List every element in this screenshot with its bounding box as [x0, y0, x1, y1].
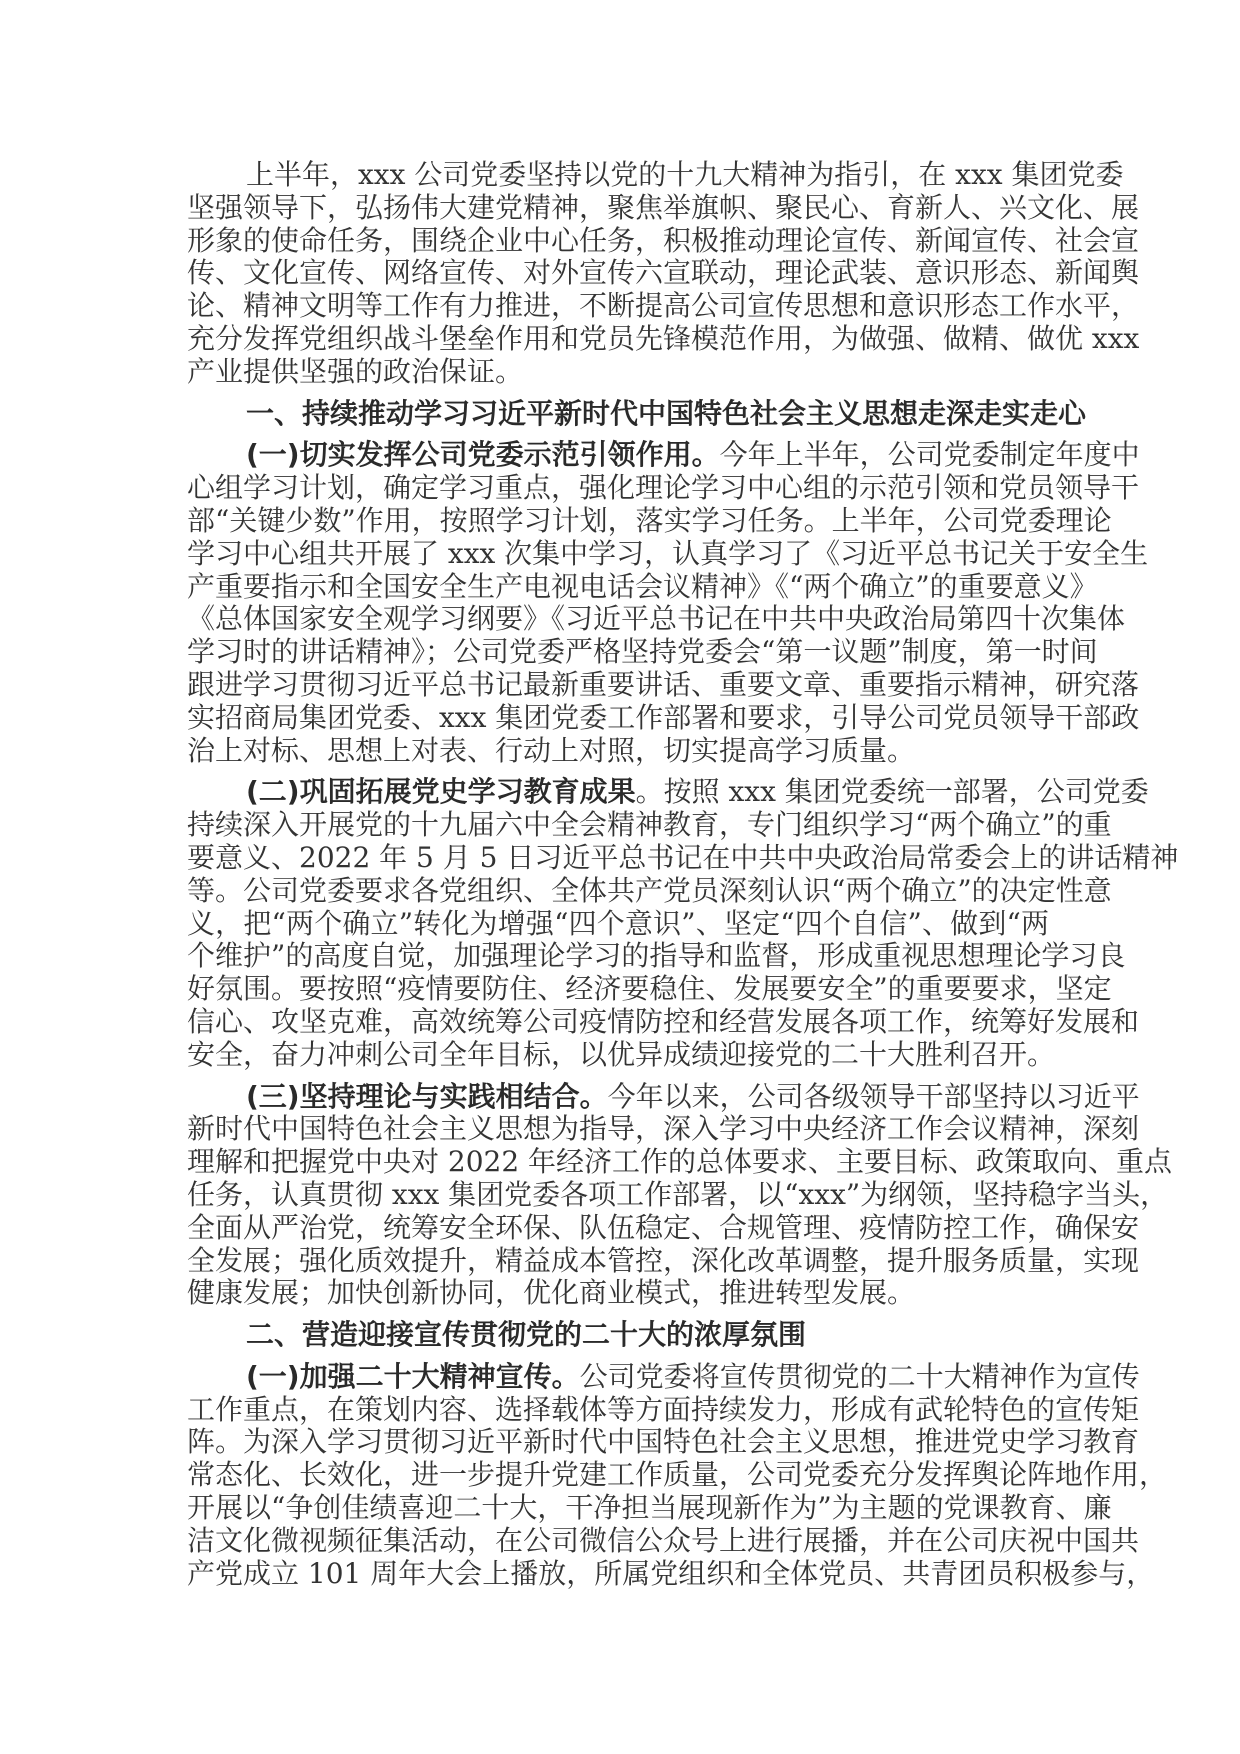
subsection-1-3: (三)坚持理论与实践相结合。今年以来，公司各级领导干部坚持以习近平 新时代中国特… — [187, 1081, 1049, 1311]
text-line: 等。公司党委要求各党组织、全体共产党员深刻认识“两个确立”的决定性意 — [187, 875, 1049, 908]
document-page: 上半年，xxx 公司党委坚持以党的十九大精神为指引，在 xxx 集团党委 坚强领… — [187, 159, 1049, 1599]
text-line: 学习时的讲话精神》；公司党委严格坚持党委会“第一议题”制度，第一时间 — [187, 636, 1049, 669]
text-line: 心组学习计划，确定学习重点，强化理论学习中心组的示范引领和党员领导干 — [187, 472, 1049, 505]
text-line: 开展以“争创佳绩喜迎二十大，干净担当展现新作为”为主题的党课教育、廉 — [187, 1492, 1049, 1525]
text-line: 充分发挥党组织战斗堡垒作用和党员先锋模范作用，为做强、做精、做优 xxx — [187, 323, 1049, 356]
text-line: 治上对标、思想上对表、行动上对照，切实提高学习质量。 — [187, 735, 1049, 768]
section-heading-1: 一、持续推动学习习近平新时代中国特色社会主义思想走深走实走心 — [187, 398, 1049, 431]
text-line: 实招商局集团党委、xxx 集团党委工作部署和要求，引导公司党员领导干部政 — [187, 702, 1049, 735]
text-line: 义，把“两个确立”转化为增强“四个意识”、坚定“四个自信”、做到“两 — [187, 908, 1049, 941]
text-line: 上半年，xxx 公司党委坚持以党的十九大精神为指引，在 xxx 集团党委 — [187, 159, 1049, 192]
text-line: 常态化、长效化，进一步提升党建工作质量，公司党委充分发挥舆论阵地作用， — [187, 1459, 1049, 1492]
text-line: 任务，认真贯彻 xxx 集团党委各项工作部署，以“xxx”为纲领，坚持稳字当头， — [187, 1179, 1049, 1212]
text-run: 。按照 xxx 集团党委统一部署，公司党委 — [636, 775, 1149, 808]
text-run: 今年以来，公司各级领导干部坚持以习近平 — [608, 1080, 1140, 1113]
text-line: (二)巩固拓展党史学习教育成果。按照 xxx 集团党委统一部署，公司党委 — [187, 776, 1049, 809]
text-line: 论、精神文明等工作有力推进，不断提高公司宣传思想和意识形态工作水平， — [187, 290, 1049, 323]
text-line: 新时代中国特色社会主义思想为指导，深入学习中央经济工作会议精神，深刻 — [187, 1113, 1049, 1146]
text-line: 《总体国家安全观学习纲要》《习近平总书记在中共中央政治局第四十次集体 — [187, 603, 1049, 636]
subsection-lead: (三)坚持理论与实践相结合。 — [246, 1080, 608, 1113]
text-line: 健康发展；加快创新协同，优化商业模式，推进转型发展。 — [187, 1277, 1049, 1310]
text-run: 今年上半年，公司党委制定年度中 — [720, 438, 1140, 471]
text-line: 安全，奋力冲刺公司全年目标，以优异成绩迎接党的二十大胜利召开。 — [187, 1039, 1049, 1072]
text-run: 公司党委将宣传贯彻党的二十大精神作为宣传 — [580, 1360, 1140, 1393]
text-line: 工作重点，在策划内容、选择载体等方面持续发力，形成有武轮特色的宣传矩 — [187, 1394, 1049, 1427]
text-line: (三)坚持理论与实践相结合。今年以来，公司各级领导干部坚持以习近平 — [187, 1081, 1049, 1114]
intro-paragraph: 上半年，xxx 公司党委坚持以党的十九大精神为指引，在 xxx 集团党委 坚强领… — [187, 159, 1049, 389]
text-line: 传、文化宣传、网络宣传、对外宣传六宣联动，理论武装、意识形态、新闻舆 — [187, 257, 1049, 290]
text-line: 持续深入开展党的十九届六中全会精神教育，专门组织学习“两个确立”的重 — [187, 809, 1049, 842]
text-line: 洁文化微视频征集活动，在公司微信公众号上进行展播，并在公司庆祝中国共 — [187, 1525, 1049, 1558]
text-line: 产重要指示和全国安全生产电视电话会议精神》《“两个确立”的重要意义》 — [187, 571, 1049, 604]
section-heading-2: 二、营造迎接宣传贯彻党的二十大的浓厚氛围 — [187, 1319, 1049, 1352]
text-line: 形象的使命任务，围绕企业中心任务，积极推动理论宣传、新闻宣传、社会宣 — [187, 225, 1049, 258]
subsection-lead: (一)加强二十大精神宣传。 — [246, 1360, 580, 1393]
text-line: 全发展；强化质效提升，精益成本管控，深化改革调整，提升服务质量，实现 — [187, 1245, 1049, 1278]
text-line: 好氛围。要按照“疫情要防住、经济要稳住、发展要安全”的重要要求，坚定 — [187, 973, 1049, 1006]
text-line: 部“关键少数”作用，按照学习计划，落实学习任务。上半年，公司党委理论 — [187, 505, 1049, 538]
text-line: 信心、攻坚克难，高效统筹公司疫情防控和经营发展各项工作，统筹好发展和 — [187, 1006, 1049, 1039]
text-line: 坚强领导下，弘扬伟大建党精神，聚焦举旗帜、聚民心、育新人、兴文化、展 — [187, 192, 1049, 225]
text-line: 学习中心组共开展了 xxx 次集中学习，认真学习了《习近平总书记关于安全生 — [187, 538, 1049, 571]
text-line: (一)切实发挥公司党委示范引领作用。今年上半年，公司党委制定年度中 — [187, 439, 1049, 472]
text-line: 产业提供坚强的政治保证。 — [187, 356, 1049, 389]
text-line: 全面从严治党，统筹安全环保、队伍稳定、合规管理、疫情防控工作，确保安 — [187, 1212, 1049, 1245]
text-line: 产党成立 101 周年大会上播放，所属党组织和全体党员、共青团员积极参与， — [187, 1558, 1049, 1591]
text-line: 个维护”的高度自觉，加强理论学习的指导和监督，形成重视思想理论学习良 — [187, 940, 1049, 973]
subsection-lead: (二)巩固拓展党史学习教育成果 — [246, 775, 636, 808]
subsection-2-1: (一)加强二十大精神宣传。公司党委将宣传贯彻党的二十大精神作为宣传 工作重点，在… — [187, 1361, 1049, 1591]
text-line: 理解和把握党中央对 2022 年经济工作的总体要求、主要目标、政策取向、重点 — [187, 1146, 1049, 1179]
text-line: 要意义、2022 年 5 月 5 日习近平总书记在中共中央政治局常委会上的讲话精… — [187, 842, 1049, 875]
text-line: (一)加强二十大精神宣传。公司党委将宣传贯彻党的二十大精神作为宣传 — [187, 1361, 1049, 1394]
subsection-1-2: (二)巩固拓展党史学习教育成果。按照 xxx 集团党委统一部署，公司党委 持续深… — [187, 776, 1049, 1071]
subsection-1-1: (一)切实发挥公司党委示范引领作用。今年上半年，公司党委制定年度中 心组学习计划… — [187, 439, 1049, 767]
text-line: 跟进学习贯彻习近平总书记最新重要讲话、重要文章、重要指示精神，研究落 — [187, 669, 1049, 702]
subsection-lead: (一)切实发挥公司党委示范引领作用。 — [246, 438, 720, 471]
text-line: 阵。为深入学习贯彻习近平新时代中国特色社会主义思想，推进党史学习教育 — [187, 1426, 1049, 1459]
